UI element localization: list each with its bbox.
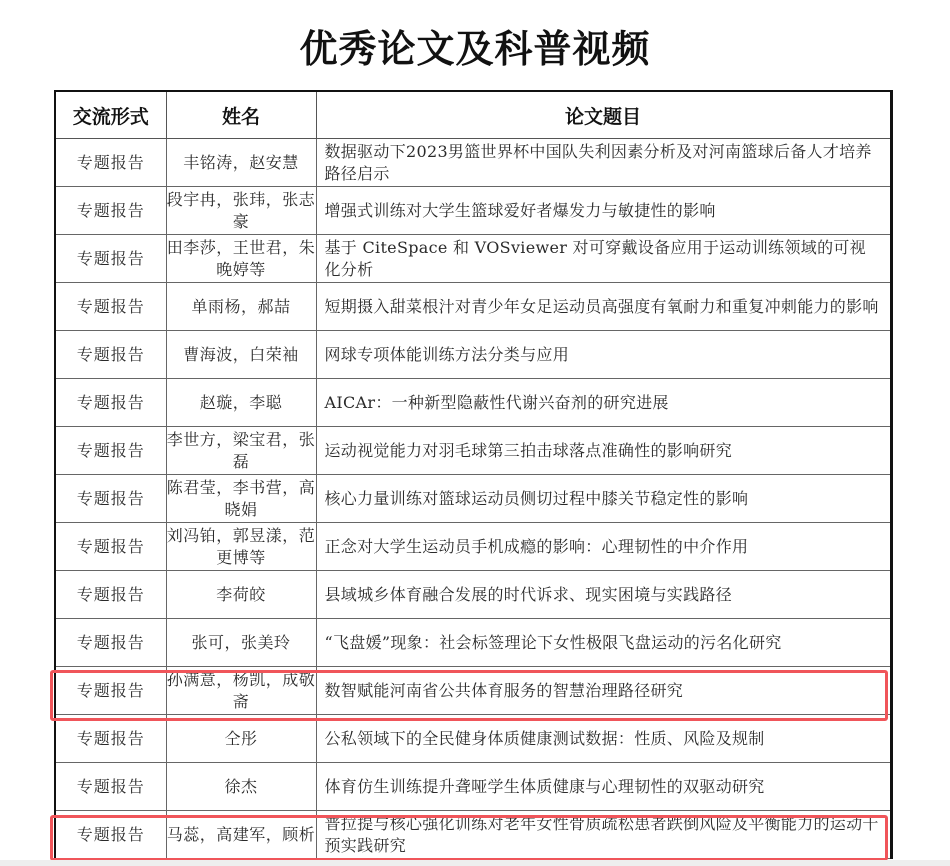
authors-cell: 段宇冉，张玮，张志豪 bbox=[166, 187, 316, 235]
table-row: 专题报告 陈君莹，李书营，高晓娟 核心力量训练对篮球运动员侧切过程中膝关节稳定性… bbox=[55, 475, 891, 523]
table-row: 专题报告 张可，张美玲 “飞盘媛”现象：社会标签理论下女性极限飞盘运动的污名化研… bbox=[55, 619, 891, 667]
header-exchange-form: 交流形式 bbox=[55, 91, 166, 139]
exchange-form-cell: 专题报告 bbox=[55, 763, 166, 811]
authors-cell: 赵璇，李聪 bbox=[166, 379, 316, 427]
exchange-form-cell: 专题报告 bbox=[55, 667, 166, 715]
exchange-form-cell: 专题报告 bbox=[55, 811, 166, 859]
table-row: 专题报告 赵璇，李聪 AICAr：一种新型隐蔽性代谢兴奋剂的研究进展 bbox=[55, 379, 891, 427]
authors-cell: 丰铭涛，赵安慧 bbox=[166, 139, 316, 187]
paper-title-cell: 体育仿生训练提升聋哑学生体质健康与心理韧性的双驱动研究 bbox=[316, 763, 891, 811]
page-title: 优秀论文及科普视频 bbox=[0, 18, 950, 73]
authors-cell: 仝彤 bbox=[166, 715, 316, 763]
exchange-form-cell: 专题报告 bbox=[55, 715, 166, 763]
exchange-form-cell: 专题报告 bbox=[55, 331, 166, 379]
papers-table: 交流形式 姓名 论文题目 专题报告 丰铭涛，赵安慧 数据驱动下2023男篮世界杯… bbox=[54, 90, 893, 859]
papers-table-container: 交流形式 姓名 论文题目 专题报告 丰铭涛，赵安慧 数据驱动下2023男篮世界杯… bbox=[54, 90, 890, 859]
table-row: 专题报告 李荷皎 县域城乡体育融合发展的时代诉求、现实困境与实践路径 bbox=[55, 571, 891, 619]
paper-title-cell: 核心力量训练对篮球运动员侧切过程中膝关节稳定性的影响 bbox=[316, 475, 891, 523]
paper-title-cell: 普拉提与核心强化训练对老年女性骨质疏松患者跌倒风险及平衡能力的运动干预实践研究 bbox=[316, 811, 891, 859]
authors-cell: 张可，张美玲 bbox=[166, 619, 316, 667]
exchange-form-cell: 专题报告 bbox=[55, 571, 166, 619]
table-row: 专题报告 段宇冉，张玮，张志豪 增强式训练对大学生篮球爱好者爆发力与敏捷性的影响 bbox=[55, 187, 891, 235]
exchange-form-cell: 专题报告 bbox=[55, 283, 166, 331]
authors-cell: 马蕊，高建军，顾析 bbox=[166, 811, 316, 859]
header-paper-title: 论文题目 bbox=[316, 91, 891, 139]
paper-title-cell: 正念对大学生运动员手机成瘾的影响：心理韧性的中介作用 bbox=[316, 523, 891, 571]
paper-title-cell: 县域城乡体育融合发展的时代诉求、现实困境与实践路径 bbox=[316, 571, 891, 619]
exchange-form-cell: 专题报告 bbox=[55, 475, 166, 523]
table-row: 专题报告 李世方，梁宝君，张磊 运动视觉能力对羽毛球第三拍击球落点准确性的影响研… bbox=[55, 427, 891, 475]
paper-title-cell: 公私领域下的全民健身体质健康测试数据：性质、风险及规制 bbox=[316, 715, 891, 763]
authors-cell: 李世方，梁宝君，张磊 bbox=[166, 427, 316, 475]
table-row: 专题报告 徐杰 体育仿生训练提升聋哑学生体质健康与心理韧性的双驱动研究 bbox=[55, 763, 891, 811]
authors-cell: 陈君莹，李书营，高晓娟 bbox=[166, 475, 316, 523]
authors-cell: 徐杰 bbox=[166, 763, 316, 811]
authors-cell: 刘冯铂，郭昱漾，范更博等 bbox=[166, 523, 316, 571]
exchange-form-cell: 专题报告 bbox=[55, 187, 166, 235]
paper-title-cell: 运动视觉能力对羽毛球第三拍击球落点准确性的影响研究 bbox=[316, 427, 891, 475]
table-row: 专题报告 仝彤 公私领域下的全民健身体质健康测试数据：性质、风险及规制 bbox=[55, 715, 891, 763]
table-row: 专题报告 曹海波，白荣袖 网球专项体能训练方法分类与应用 bbox=[55, 331, 891, 379]
paper-title-cell: AICAr：一种新型隐蔽性代谢兴奋剂的研究进展 bbox=[316, 379, 891, 427]
table-row: 专题报告 田李莎，王世君，朱晚婷等 基于 CiteSpace 和 VOSview… bbox=[55, 235, 891, 283]
table-row: 专题报告 刘冯铂，郭昱漾，范更博等 正念对大学生运动员手机成瘾的影响：心理韧性的… bbox=[55, 523, 891, 571]
exchange-form-cell: 专题报告 bbox=[55, 139, 166, 187]
paper-title-cell: 数据驱动下2023男篮世界杯中国队失利因素分析及对河南篮球后备人才培养路径启示 bbox=[316, 139, 891, 187]
table-row: 专题报告 丰铭涛，赵安慧 数据驱动下2023男篮世界杯中国队失利因素分析及对河南… bbox=[55, 139, 891, 187]
table-row: 专题报告 单雨杨，郝喆 短期摄入甜菜根汁对青少年女足运动员高强度有氧耐力和重复冲… bbox=[55, 283, 891, 331]
authors-cell: 单雨杨，郝喆 bbox=[166, 283, 316, 331]
header-name: 姓名 bbox=[166, 91, 316, 139]
bottom-scroll-edge bbox=[0, 860, 950, 866]
exchange-form-cell: 专题报告 bbox=[55, 235, 166, 283]
exchange-form-cell: 专题报告 bbox=[55, 427, 166, 475]
exchange-form-cell: 专题报告 bbox=[55, 379, 166, 427]
authors-cell: 李荷皎 bbox=[166, 571, 316, 619]
exchange-form-cell: 专题报告 bbox=[55, 619, 166, 667]
paper-title-cell: 网球专项体能训练方法分类与应用 bbox=[316, 331, 891, 379]
table-row-highlighted: 专题报告 马蕊，高建军，顾析 普拉提与核心强化训练对老年女性骨质疏松患者跌倒风险… bbox=[55, 811, 891, 859]
table-header-row: 交流形式 姓名 论文题目 bbox=[55, 91, 891, 139]
authors-cell: 田李莎，王世君，朱晚婷等 bbox=[166, 235, 316, 283]
paper-title-cell: “飞盘媛”现象：社会标签理论下女性极限飞盘运动的污名化研究 bbox=[316, 619, 891, 667]
exchange-form-cell: 专题报告 bbox=[55, 523, 166, 571]
authors-cell: 孙满意，杨凯，成敬斋 bbox=[166, 667, 316, 715]
paper-title-cell: 增强式训练对大学生篮球爱好者爆发力与敏捷性的影响 bbox=[316, 187, 891, 235]
paper-title-cell: 短期摄入甜菜根汁对青少年女足运动员高强度有氧耐力和重复冲刺能力的影响 bbox=[316, 283, 891, 331]
paper-title-cell: 数智赋能河南省公共体育服务的智慧治理路径研究 bbox=[316, 667, 891, 715]
paper-title-cell: 基于 CiteSpace 和 VOSviewer 对可穿戴设备应用于运动训练领域… bbox=[316, 235, 891, 283]
table-row-highlighted: 专题报告 孙满意，杨凯，成敬斋 数智赋能河南省公共体育服务的智慧治理路径研究 bbox=[55, 667, 891, 715]
authors-cell: 曹海波，白荣袖 bbox=[166, 331, 316, 379]
